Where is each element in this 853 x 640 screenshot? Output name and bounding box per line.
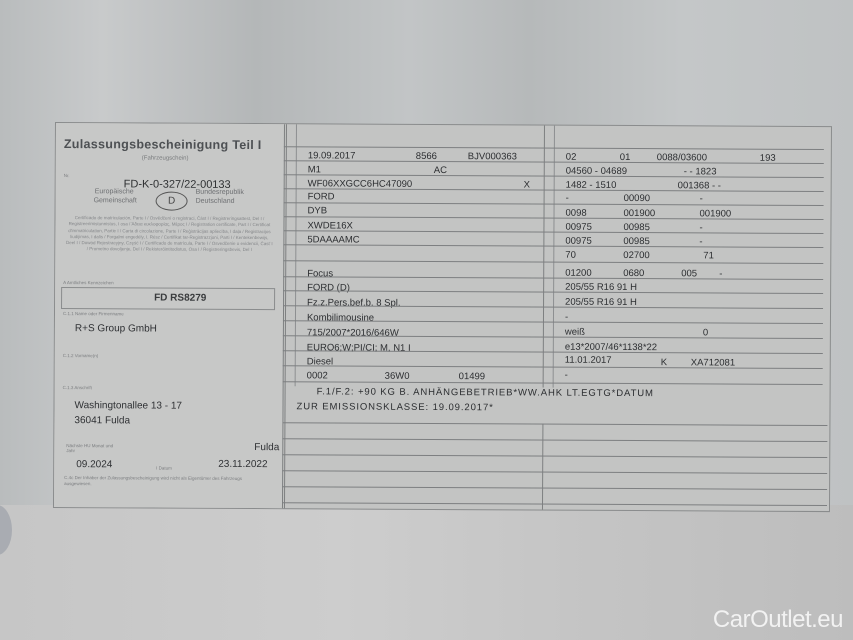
- type: DYB: [308, 205, 328, 216]
- next-inspection: 09.2024: [76, 459, 112, 470]
- country-label: Bundesrepublik Deutschland: [196, 188, 256, 206]
- label-plate: A Amtliches Kennzeichen: [63, 280, 114, 285]
- address-line1: Washingtonallee 13 - 17: [74, 400, 182, 412]
- label-inspection: Nächste HU Monat und Jahr: [66, 443, 116, 453]
- vehicle-data-table: 19.09.2017 8566 BJV000363 M1 AC WF06XXGC…: [282, 124, 831, 511]
- rule-line: [282, 486, 827, 490]
- r5-c: 71: [703, 250, 714, 261]
- rule-line: [282, 470, 827, 474]
- emission-key: 36W0: [385, 371, 410, 382]
- r5-b: 02700: [623, 250, 649, 261]
- rule-line: [282, 454, 827, 458]
- address-line2: 36041 Fulda: [74, 415, 130, 426]
- label-firstname: C.1.2 Vorname(n): [63, 353, 99, 358]
- watermark-logo: CarOutlet.eu: [713, 606, 843, 634]
- make: FORD: [308, 191, 335, 202]
- r1-c: -: [700, 193, 703, 204]
- r1-b: 00090: [624, 193, 650, 204]
- divider: [543, 126, 545, 388]
- label-address: C.1.3 Anschrift: [63, 385, 92, 390]
- emission-class: EURO6;W;PI/CI; M, N1 I: [307, 342, 411, 354]
- plate-box: FD RS8279: [61, 287, 275, 310]
- commercial-name: Focus: [307, 268, 333, 279]
- rule-line: [282, 422, 827, 426]
- label-nr: Nr.: [64, 173, 70, 178]
- label-name: C.1.1 Name oder Firmenname: [63, 311, 124, 316]
- divider: [284, 124, 287, 508]
- r5-a: 70: [565, 250, 576, 261]
- displacement: 01499: [459, 371, 485, 382]
- divider: [295, 124, 297, 386]
- label-date: I Datum: [156, 466, 172, 471]
- issue-place: Fulda: [254, 442, 279, 453]
- rule-line: [282, 438, 827, 442]
- manufacturer: FORD (D): [307, 282, 350, 293]
- divider: [553, 126, 555, 388]
- body-text: Kombilimousine: [307, 312, 374, 323]
- holder-panel: Zulassungsbescheinigung Teil I (Fahrzeug…: [54, 123, 285, 508]
- license-plate: FD RS8279: [154, 293, 206, 304]
- fuel-code: 0002: [307, 370, 328, 381]
- remarks-line2: ZUR EMISSIONSKLASSE: 19.09.2017*: [296, 401, 493, 413]
- remarks-line1: F.1/F.2: +90 KG B. ANHÄNGEBETRIEB*WW.AHK…: [317, 386, 654, 399]
- legal-text: Certificado de matriculación, Parte I / …: [65, 215, 273, 254]
- country-oval-icon: D: [156, 192, 188, 211]
- footer-note: C.4c Der Inhaber der Zulassungsbescheini…: [64, 475, 269, 488]
- document-title: Zulassungsbescheinigung Teil I: [64, 137, 262, 152]
- registration-certificate: Zulassungsbescheinigung Teil I (Fahrzeug…: [53, 122, 832, 512]
- emission-regulation: 715/2007*2016/646W: [307, 327, 399, 338]
- blank-dash: -: [565, 370, 568, 381]
- owner-name: R+S Group GmbH: [75, 323, 157, 334]
- approval-date: 11.01.2017: [565, 355, 612, 366]
- vehicle-class-text: Fz.z.Pers.bef.b. 8 Spl.: [307, 297, 401, 308]
- divider: [542, 424, 543, 510]
- issue-date: 23.11.2022: [218, 459, 267, 470]
- document-subtitle: (Fahrzeugschein): [142, 155, 189, 161]
- rule-line: [282, 502, 827, 506]
- eu-label: Europäische Gemeinschaft: [94, 187, 134, 205]
- r1-a: -: [566, 193, 569, 204]
